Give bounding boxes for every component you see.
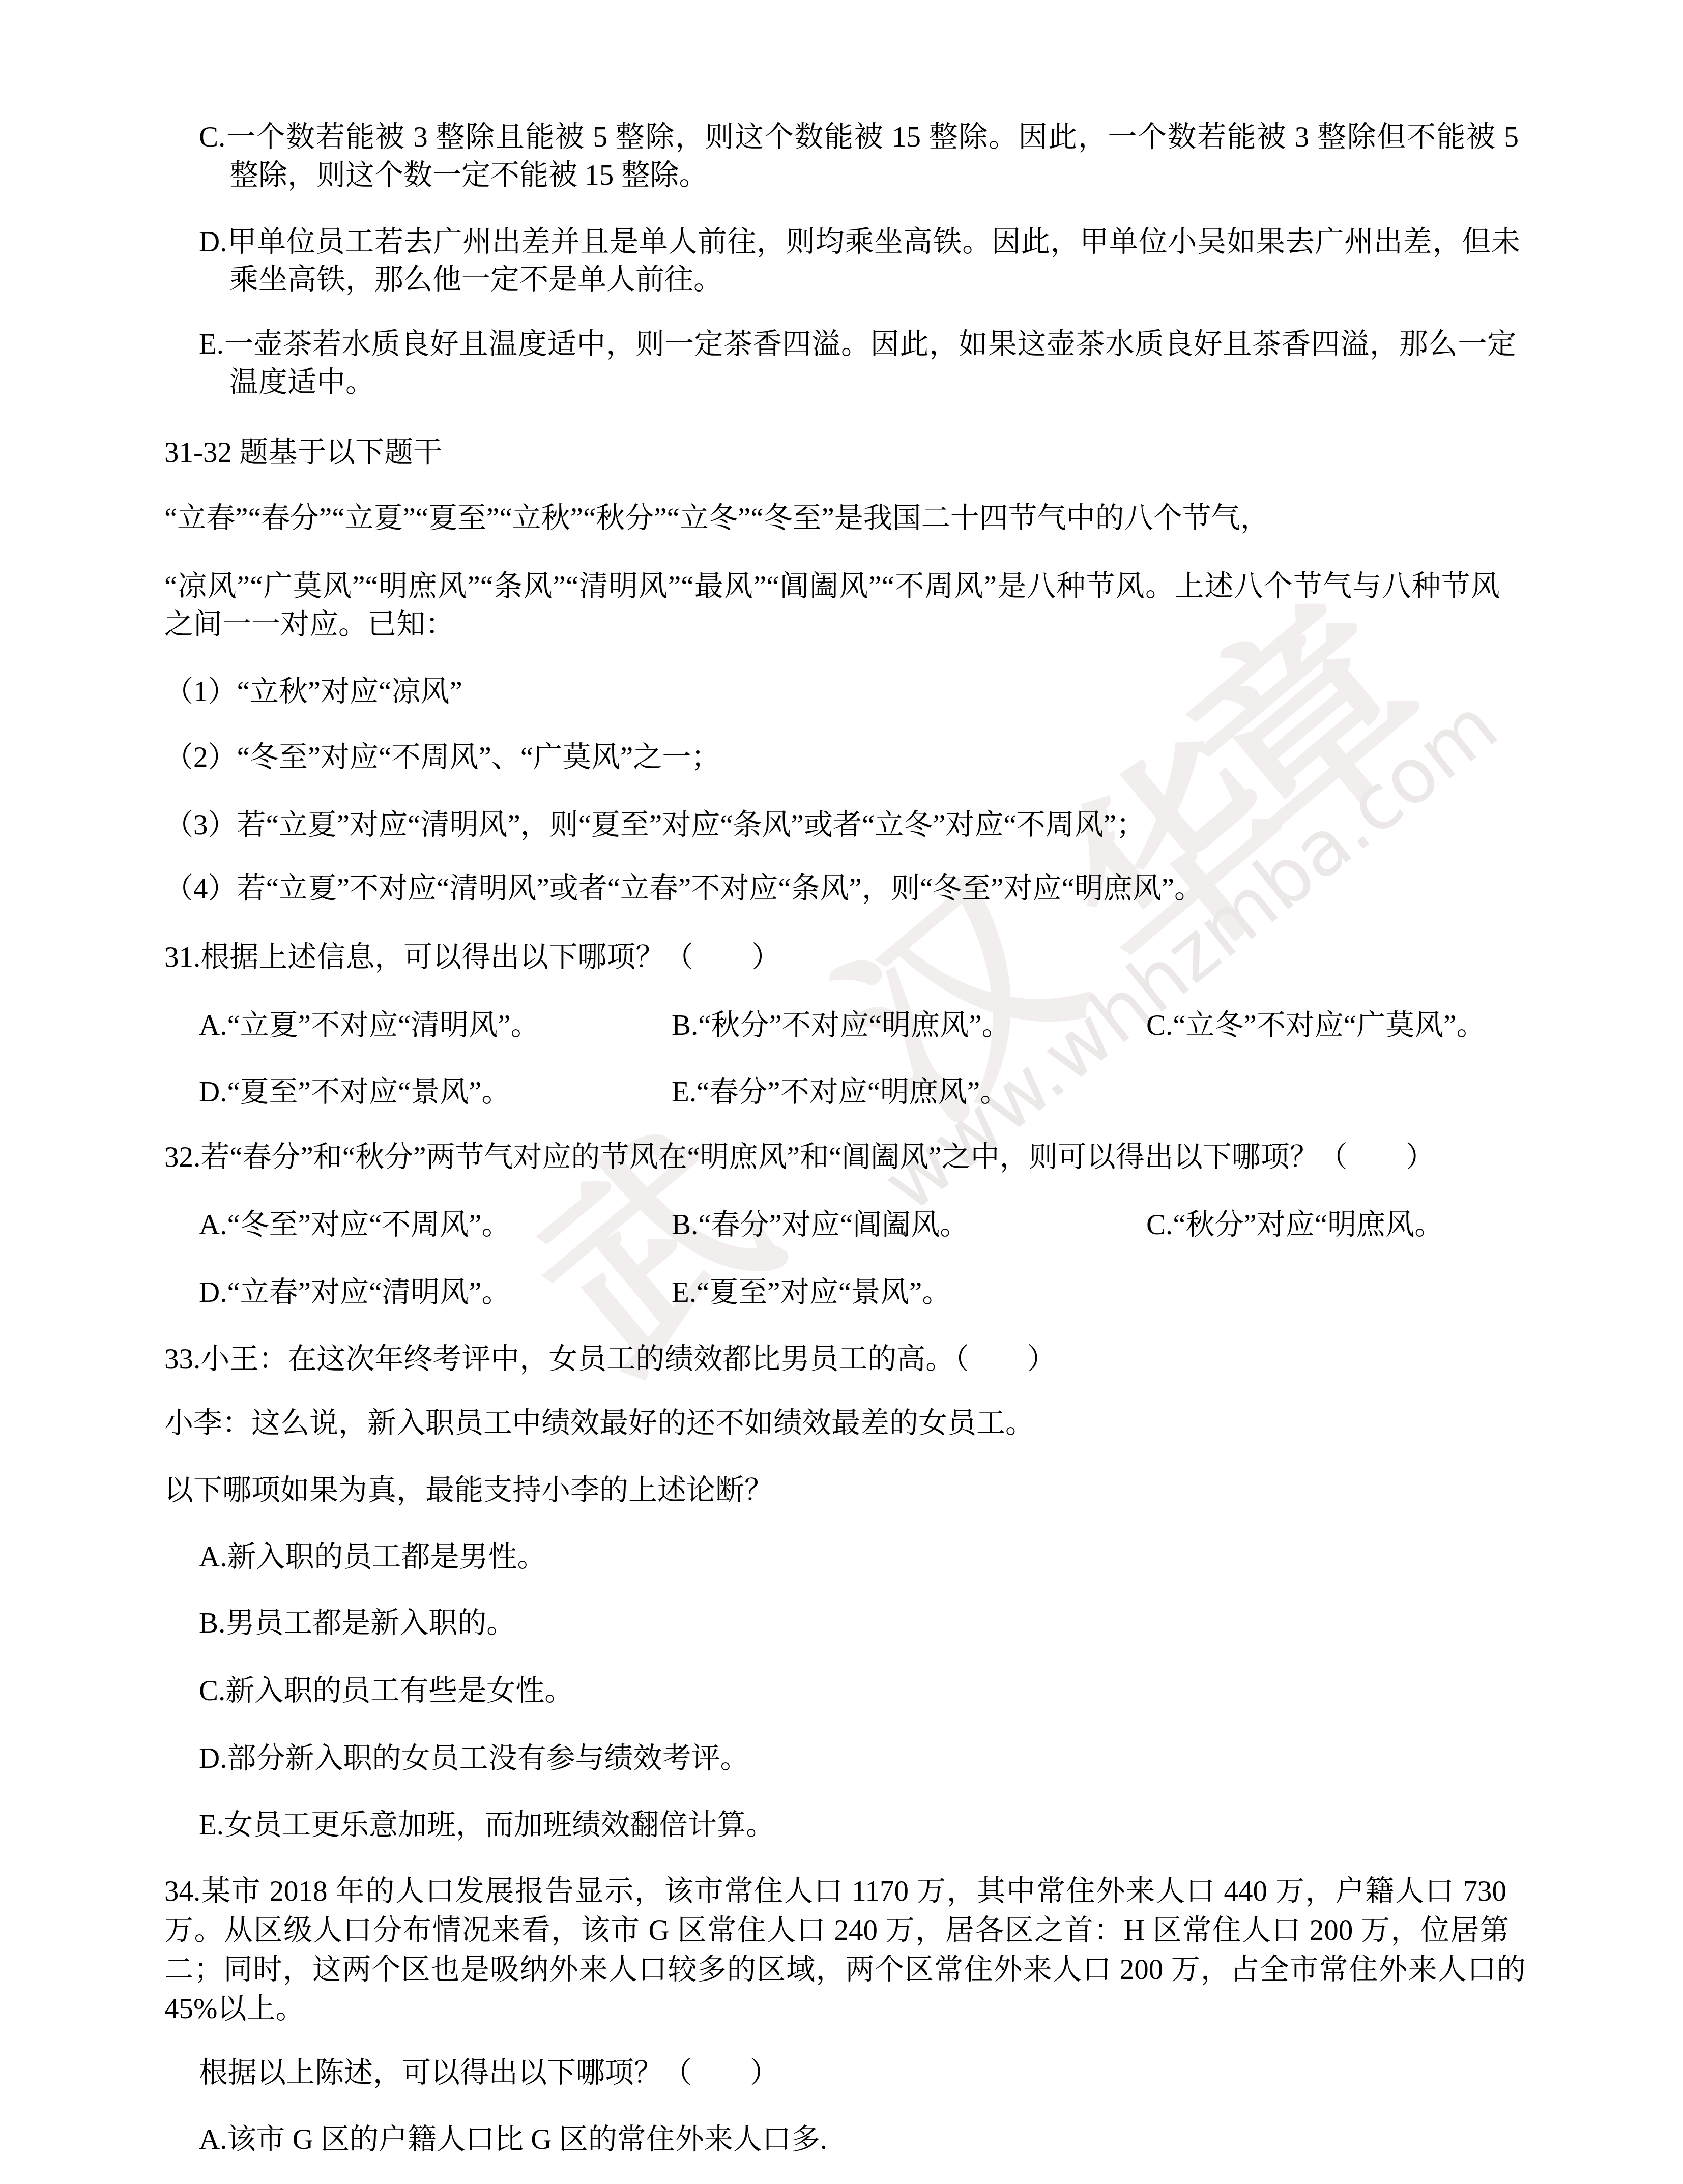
q31-option-b: B.“秋分”不对应“明庶风”。: [672, 1006, 1010, 1045]
q31-option-d: D.“夏至”不对应“景风”。: [199, 1072, 511, 1112]
condition-2: （2）“冬至”对应“不周风”、“广莫风”之一；: [164, 738, 720, 777]
q33-option-c: C.新入职的员工有些是女性。: [199, 1671, 573, 1710]
q32-option-a: A.“冬至”对应“不周风”。: [199, 1205, 511, 1244]
shared-stem-para2-line-1: “凉风”“广莫风”“明庶风”“条风”“清明风”“最风”“阊阖风”“不周风”是八种…: [164, 567, 1500, 606]
exam-page: 武 汉 华 章 www.whhzmba.com C.一个数若能被 3 整除且能被…: [0, 0, 1683, 2184]
q34-stem-line-3: 二；同时，这两个区也是吸纳外来人口较多的区域，两个区常住外来人口 200 万，占…: [164, 1950, 1526, 1989]
condition-1: （1）“立秋”对应“凉风”: [164, 672, 462, 711]
shared-stem-para2-line-2: 之间一一对应。已知：: [164, 605, 454, 644]
q34-stem-line-2: 万。从区级人口分布情况来看，该市 G 区常住人口 240 万，居各区之首：H 区…: [164, 1911, 1509, 1950]
prev-option-c-line-2: 整除，则这个数一定不能被 15 整除。: [229, 156, 708, 195]
q31-option-c: C.“立冬”不对应“广莫风”。: [1146, 1006, 1485, 1045]
q31-option-a: A.“立夏”不对应“清明风”。: [199, 1006, 540, 1045]
q33-option-e: E.女员工更乐意加班，而加班绩效翻倍计算。: [199, 1806, 775, 1845]
q32-stem: 32.若“春分”和“秋分”两节气对应的节风在“明庶风”和“阊阖风”之中，则可以得…: [164, 1138, 1435, 1177]
condition-4: （4）若“立夏”不对应“清明风”或者“立春”不对应“条风”，则“冬至”对应“明庶…: [164, 869, 1203, 908]
q32-option-b: B.“春分”对应“阊阖风。: [672, 1205, 969, 1244]
q34-ask: 根据以上陈述，可以得出以下哪项？（ ）: [199, 2053, 779, 2092]
q34-stem-line-1: 34.某市 2018 年的人口发展报告显示，该市常住人口 1170 万，其中常住…: [164, 1872, 1506, 1911]
q32-option-d: D.“立春”对应“清明风”。: [199, 1273, 511, 1312]
q33-stem: 33.小王：在这次年终考评中，女员工的绩效都比男员工的高。（ ）: [164, 1339, 1056, 1379]
q31-option-e: E.“春分”不对应“明庶风”。: [672, 1072, 1009, 1112]
shared-stem-intro: 31-32 题基于以下题干: [164, 433, 442, 472]
q33-reply: 小李：这么说，新入职员工中绩效最好的还不如绩效最差的女员工。: [164, 1404, 1034, 1443]
prev-option-d-line-1: D.甲单位员工若去广州出差并且是单人前往，则均乘坐高铁。因此，甲单位小吴如果去广…: [199, 222, 1520, 261]
q32-option-e: E.“夏至”对应“景风”。: [672, 1273, 951, 1312]
q32-option-c: C.“秋分”对应“明庶风。: [1146, 1205, 1443, 1244]
q34-option-a: A.该市 G 区的户籍人口比 G 区的常住外来人口多.: [199, 2120, 827, 2159]
q33-option-a: A.新入职的员工都是男性。: [199, 1537, 546, 1577]
prev-option-d-line-2: 乘坐高铁，那么他一定不是单人前往。: [229, 260, 722, 299]
q31-stem: 31.根据上述信息，可以得出以下哪项？（ ）: [164, 938, 780, 977]
q34-stem-line-4: 45%以上。: [164, 1989, 304, 2028]
prev-option-c-line-1: C.一个数若能被 3 整除且能被 5 整除，则这个数能被 15 整除。因此，一个…: [199, 118, 1519, 157]
shared-stem-line-1: “立春”“春分”“立夏”“夏至”“立秋”“秋分”“立冬”“冬至”是我国二十四节气…: [164, 499, 1269, 538]
condition-3: （3）若“立夏”对应“清明风”，则“夏至”对应“条风”或者“立冬”对应“不周风”…: [164, 805, 1145, 845]
q33-ask: 以下哪项如果为真，最能支持小李的上述论断？: [164, 1471, 773, 1510]
q33-option-d: D.部分新入职的女员工没有参与绩效考评。: [199, 1739, 749, 1778]
prev-option-e-line-2: 温度适中。: [229, 363, 374, 402]
q33-option-b: B.男员工都是新入职的。: [199, 1604, 515, 1643]
prev-option-e-line-1: E.一壶茶若水质良好且温度适中，则一定茶香四溢。因此，如果这壶茶水质良好且茶香四…: [199, 325, 1516, 364]
